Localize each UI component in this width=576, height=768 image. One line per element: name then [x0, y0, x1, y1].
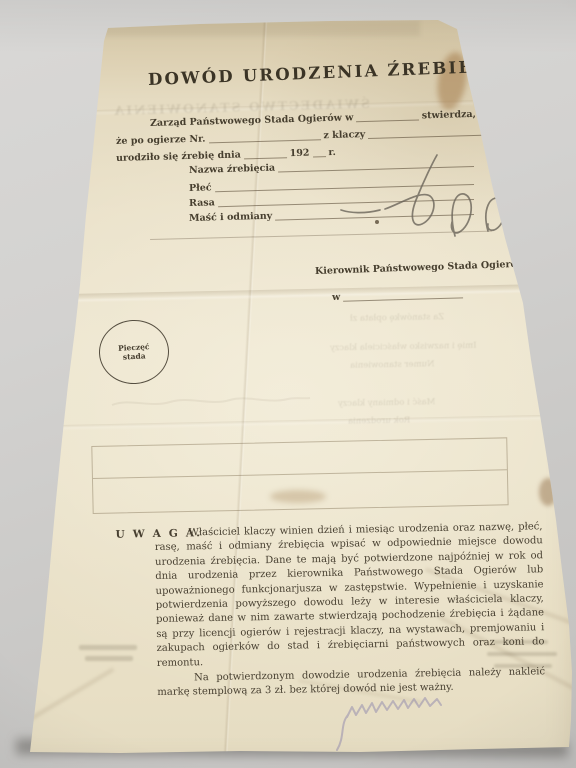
year-suffix-text: r. [328, 147, 336, 158]
wrinkle-crease [0, 668, 114, 741]
ghost-reverse-line: Maść i odmiany klaczy [338, 397, 436, 409]
stamp-placeholder-circle: Pieczęć stada [97, 318, 170, 386]
note-paragraph-2: Na potwierdzonym dowodzie urodzenia źreb… [157, 665, 545, 701]
blue-pencil-scribble [337, 698, 441, 750]
records-table-row [92, 438, 507, 479]
birth-prefix-text: urodziło się źrebię dnia [116, 150, 241, 164]
issuer-suffix-text: stwierdza, [422, 109, 476, 122]
signoff-place-prefix: w [332, 292, 340, 303]
note-paragraph-1: Właściciel klaczy winien dzień i miesiąc… [154, 520, 544, 671]
photograph: ŚWIADECTWO STANOWIENIA Za stanówkę opłat… [0, 0, 576, 768]
field-label: Płeć [189, 182, 212, 194]
dam-name-blank [368, 124, 527, 139]
field-label: Rasa [189, 197, 215, 209]
top-edge-shading [100, 20, 420, 36]
field-blank [275, 204, 474, 221]
field-label: Maść i odmiany [189, 211, 273, 224]
signoff-place-blank [343, 287, 463, 301]
ghost-reverse-line: Za stanówkę opłata zł [350, 312, 444, 324]
stamp-text-line2: stada [123, 351, 146, 361]
year-prefix-text: 192 [289, 148, 309, 160]
sire-prefix-text: że po ogierze Nr. [116, 134, 206, 147]
document-title: DOWÓD URODZENIA ŹREBIĘCIA. [148, 58, 459, 89]
ghost-handwriting-wave [112, 398, 310, 405]
note-block: U W A G A. Właściciel klaczy winien dzie… [154, 520, 545, 701]
field-label: Nazwa źrebięcia [189, 163, 275, 176]
signoff-role: Kierownik Państwowego Stada Ogierów [315, 259, 525, 277]
ghost-reverse-line: Numer stanowienia [350, 359, 435, 370]
sire-number-blank [208, 129, 320, 143]
ghost-reverse-line: Imię i nazwisko właściciela klaczy [330, 341, 477, 354]
horizontal-fold-crease [60, 415, 546, 431]
dam-label-text: z klaczy [323, 129, 365, 141]
year-blank [312, 146, 325, 157]
ghost-bleed-mark [79, 645, 137, 650]
ghost-bleed-mark [85, 656, 133, 661]
extra-blank-line [150, 223, 492, 240]
ghost-reverse-line: Rok urodzenia [348, 415, 410, 426]
note-label: U W A G A. [115, 526, 202, 542]
signoff-place-line: w [332, 287, 466, 303]
stain-blob [539, 478, 557, 506]
issuer-place-blank [356, 109, 419, 122]
records-table [91, 437, 508, 514]
document-paper: ŚWIADECTWO STANOWIENIA Za stanówkę opłat… [0, 0, 576, 768]
stain-speck [375, 220, 379, 224]
birth-date-blank [244, 147, 287, 159]
